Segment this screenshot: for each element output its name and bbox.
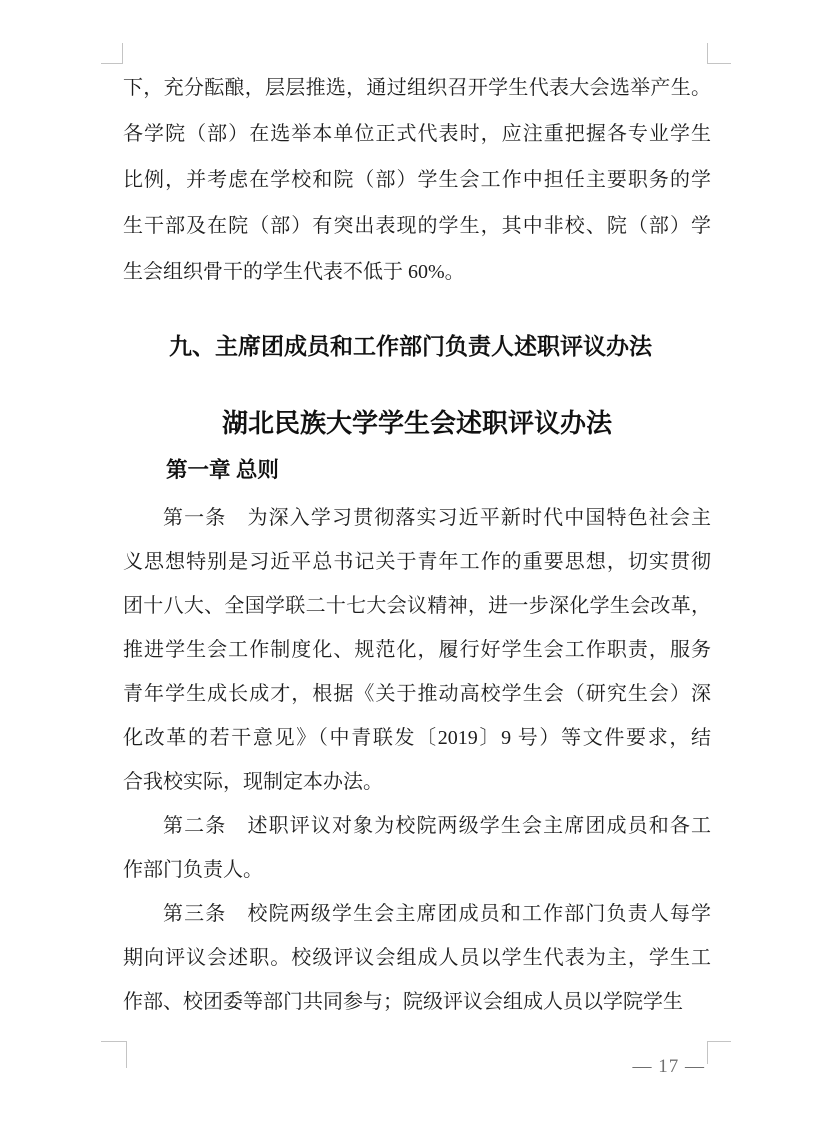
text-line: 化改革的若干意见》（中青联发〔2019〕9 号）等文件要求，结: [123, 716, 711, 760]
document-title: 湖北民族大学学生会述职评议办法: [123, 407, 711, 441]
body-paragraph: 下，充分酝酿，层层推选，通过组织召开学生代表大会选举产生。各学院（部）在选举本单…: [123, 65, 711, 295]
text-line: 青年学生成长成才，根据《关于推动高校学生会（研究生会）深: [123, 672, 711, 716]
article-paragraphs: 第一条 为深入学习贯彻落实习近平新时代中国特色社会主义思想特别是习近平总书记关于…: [123, 496, 711, 1024]
text-line: 比例，并考虑在学校和院（部）学生会工作中担任主要职务的学: [123, 157, 711, 203]
body-paragraph: 第三条 校院两级学生会主席团成员和工作部门负责人每学期向评议会述职。校级评议会组…: [123, 892, 711, 1024]
crop-mark-bottom-right-icon: [707, 1041, 731, 1064]
chapter-heading: 第一章 总则: [123, 455, 711, 485]
body-paragraph: 第二条 述职评议对象为校院两级学生会主席团成员和各工作部门负责人。: [123, 804, 711, 892]
text-line: 生干部及在院（部）有突出表现的学生，其中非校、院（部）学: [123, 203, 711, 249]
crop-mark-bottom-left-icon: [101, 1041, 127, 1068]
continuation-paragraph: 下，充分酝酿，层层推选，通过组织召开学生代表大会选举产生。各学院（部）在选举本单…: [123, 65, 711, 295]
text-line: 第三条 校院两级学生会主席团成员和工作部门负责人每学: [123, 892, 711, 936]
text-line: 义思想特别是习近平总书记关于青年工作的重要思想，切实贯彻: [123, 540, 711, 584]
body-paragraph: 第一条 为深入学习贯彻落实习近平新时代中国特色社会主义思想特别是习近平总书记关于…: [123, 496, 711, 804]
crop-mark-top-right-icon: [707, 43, 731, 64]
text-line: 生会组织骨干的学生代表不低于 60%。: [123, 249, 711, 295]
text-line: 团十八大、全国学联二十七大会议精神，进一步深化学生会改革，: [123, 584, 711, 628]
text-line: 下，充分酝酿，层层推选，通过组织召开学生代表大会选举产生。: [123, 65, 711, 111]
text-line: 期向评议会述职。校级评议会组成人员以学生代表为主，学生工: [123, 936, 711, 980]
text-line: 第一条 为深入学习贯彻落实习近平新时代中国特色社会主: [123, 496, 711, 540]
text-line: 合我校实际，现制定本办法。: [123, 760, 711, 804]
page-number: — 17 —: [633, 1055, 706, 1079]
section-heading: 九、主席团成员和工作部门负责人述职评议办法: [123, 331, 711, 361]
text-line: 作部、校团委等部门共同参与；院级评议会组成人员以学院学生: [123, 980, 711, 1024]
crop-mark-top-left-icon: [101, 43, 123, 64]
text-line: 各学院（部）在选举本单位正式代表时，应注重把握各专业学生: [123, 111, 711, 157]
text-line: 作部门负责人。: [123, 848, 711, 892]
document-page: 下，充分酝酿，层层推选，通过组织召开学生代表大会选举产生。各学院（部）在选举本单…: [0, 0, 831, 1143]
text-line: 第二条 述职评议对象为校院两级学生会主席团成员和各工: [123, 804, 711, 848]
text-line: 推进学生会工作制度化、规范化，履行好学生会工作职责，服务: [123, 628, 711, 672]
